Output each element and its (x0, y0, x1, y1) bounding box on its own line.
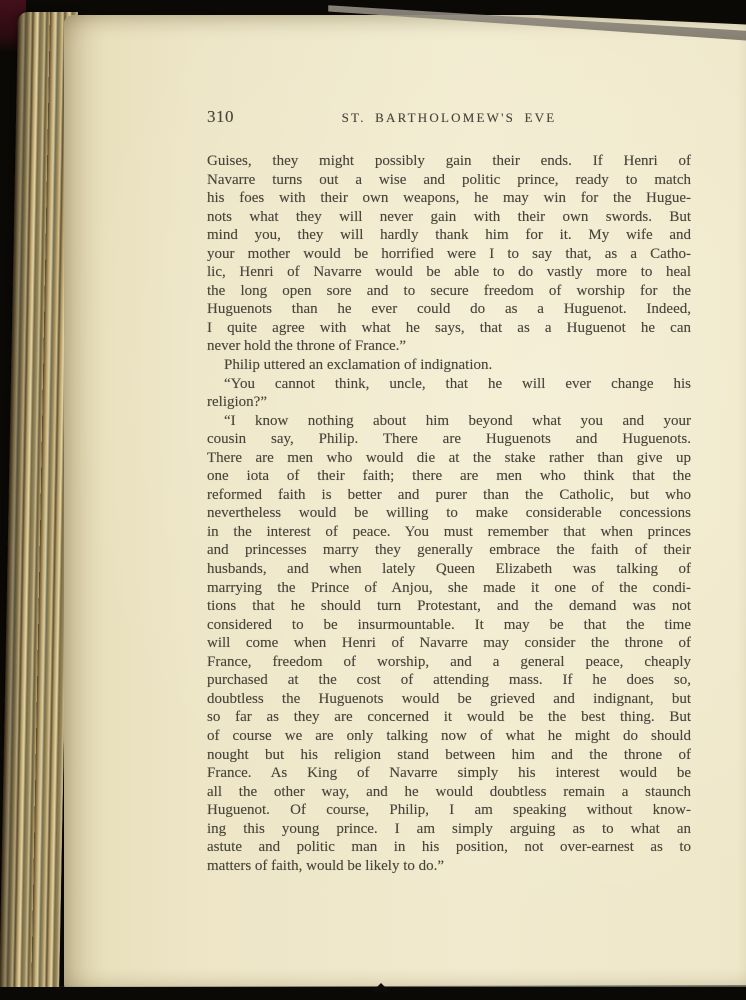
text-line: “You cannot think, uncle, that he will e… (207, 375, 691, 394)
text-line: “I know nothing about him beyond what yo… (207, 412, 691, 431)
page-text: Guises, they might possibly gain their e… (207, 152, 691, 875)
running-header: ST. BARTHOLOMEW'S EVE (207, 110, 691, 126)
text-line: marrying the Prince of Anjou, she made i… (207, 579, 691, 598)
text-line: religion?” (207, 393, 691, 412)
text-line: your mother would be horrified were I to… (207, 245, 691, 264)
printed-content: 310 ST. BARTHOLOMEW'S EVE Guises, they m… (207, 15, 691, 989)
text-line: husbands, and when lately Queen Elizabet… (207, 560, 691, 579)
text-line: never hold the throne of France.” (207, 337, 691, 356)
bottom-notch-shadow (372, 983, 390, 992)
text-line: nevertheless would be willing to make co… (207, 504, 691, 523)
text-line: of course we are only talking now of wha… (207, 727, 691, 746)
text-line: reformed faith is better and purer than … (207, 486, 691, 505)
paragraph: “You cannot think, uncle, that he will e… (207, 375, 691, 412)
text-line: France. As King of Navarre simply his in… (207, 764, 691, 783)
text-line: Philip uttered an exclamation of indigna… (207, 356, 691, 375)
text-line: matters of faith, would be likely to do.… (207, 857, 691, 876)
text-line: ing this young prince. I am simply argui… (207, 820, 691, 839)
text-line: all the other way, and he would doubtles… (207, 783, 691, 802)
text-line: considered to be insurmountable. It may … (207, 616, 691, 635)
text-line: so far as they are concerned it would be… (207, 708, 691, 727)
text-line: nought but his religion stand between hi… (207, 746, 691, 765)
book-scan: 310 ST. BARTHOLOMEW'S EVE Guises, they m… (0, 0, 746, 1000)
text-line: purchased at the cost of attending mass.… (207, 671, 691, 690)
text-line: There are men who would die at the stake… (207, 449, 691, 468)
text-line: doubtless the Huguenots would be grieved… (207, 690, 691, 709)
text-line: cousin say, Philip. There are Huguenots … (207, 430, 691, 449)
text-line: Huguenot. Of course, Philip, I am speaki… (207, 801, 691, 820)
book-page: 310 ST. BARTHOLOMEW'S EVE Guises, they m… (64, 15, 746, 989)
text-line: France, freedom of worship, and a genera… (207, 653, 691, 672)
text-line: mind you, they will hardly thank him for… (207, 226, 691, 245)
text-line: Navarre turns out a wise and politic pri… (207, 171, 691, 190)
text-line: in the interest of peace. You must remem… (207, 523, 691, 542)
page-header: 310 ST. BARTHOLOMEW'S EVE (207, 107, 691, 129)
paragraph: Philip uttered an exclamation of indigna… (207, 356, 691, 375)
text-line: nots what they will never gain with thei… (207, 208, 691, 227)
text-line: Guises, they might possibly gain their e… (207, 152, 691, 171)
paragraph: “I know nothing about him beyond what yo… (207, 412, 691, 876)
text-line: Huguenots than he ever could do as a Hug… (207, 300, 691, 319)
text-line: tions that he should turn Protestant, an… (207, 597, 691, 616)
text-line: his foes with their own weapons, he may … (207, 189, 691, 208)
text-line: astute and politic man in his position, … (207, 838, 691, 857)
text-line: lic, Henri of Navarre would be able to d… (207, 263, 691, 282)
text-line: I quite agree with what he says, that as… (207, 319, 691, 338)
text-line: will come when Henri of Navarre may cons… (207, 634, 691, 653)
paragraph: Guises, they might possibly gain their e… (207, 152, 691, 356)
text-line: the long open sore and to secure freedom… (207, 282, 691, 301)
text-line: and princesses marry they generally embr… (207, 541, 691, 560)
text-line: one iota of their faith; there are men w… (207, 467, 691, 486)
